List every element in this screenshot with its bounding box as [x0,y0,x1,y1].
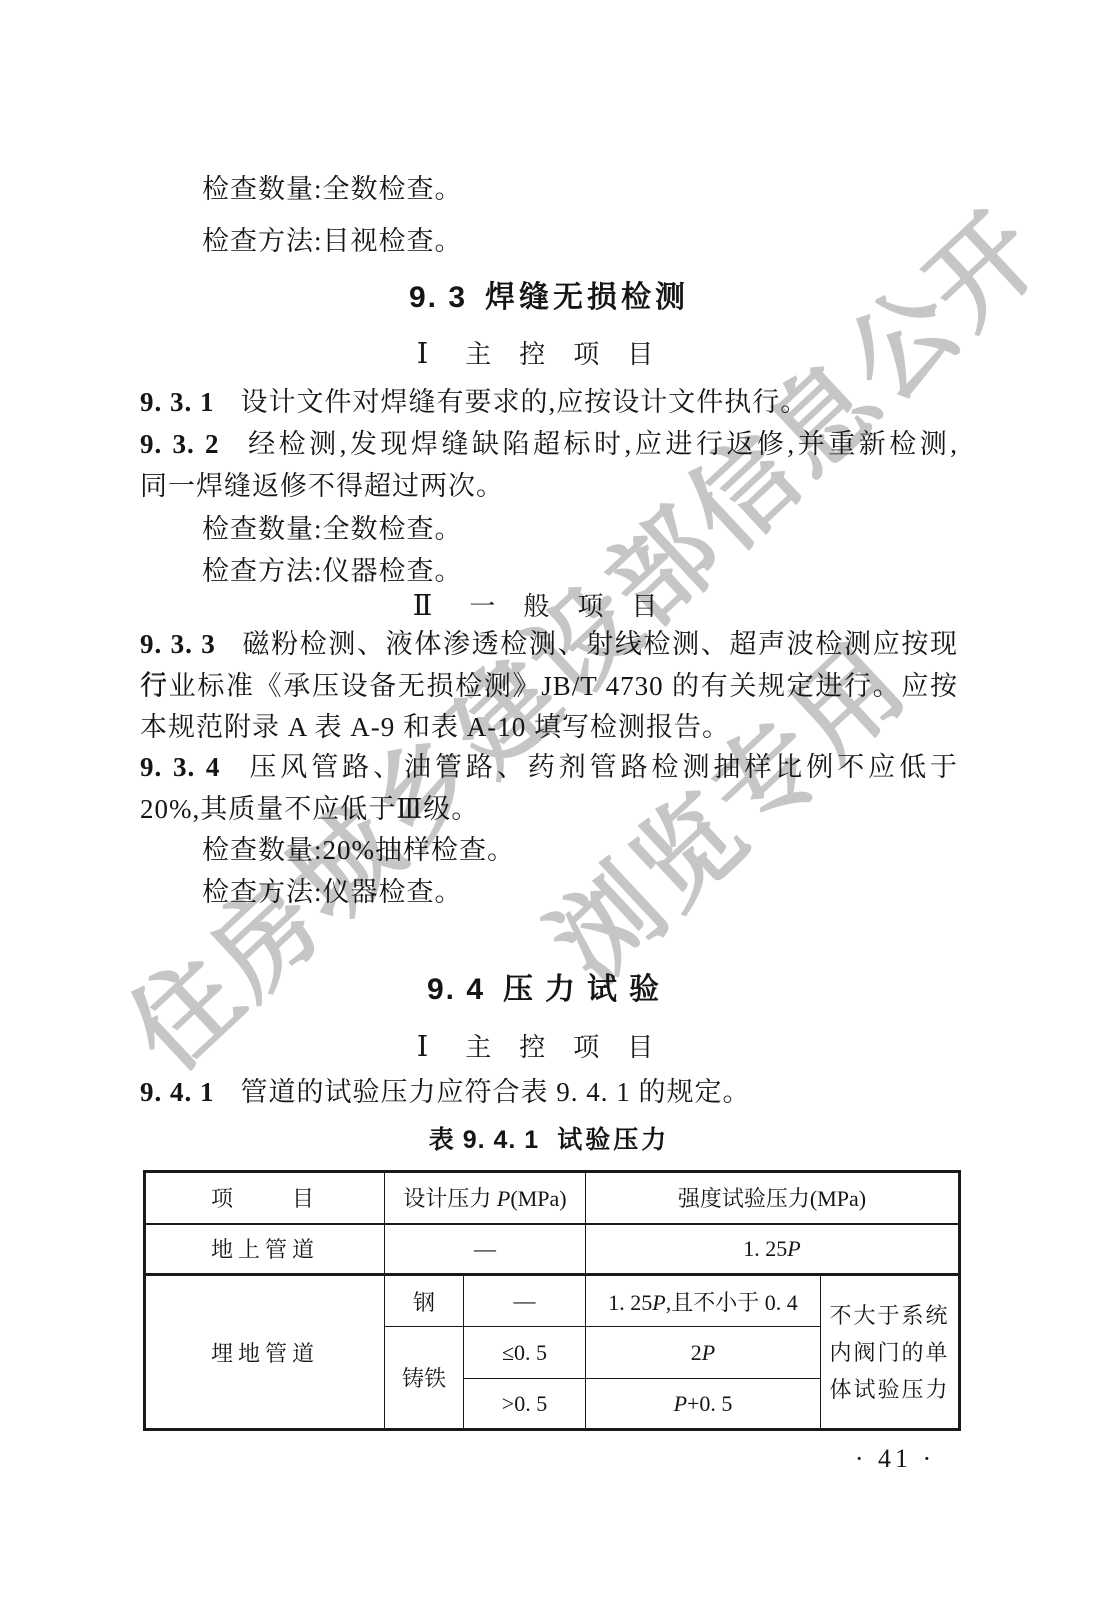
check-quantity-line-2: 检查数量:全数检查。 [202,509,958,550]
table-title-text: 试验压力 [557,1126,669,1154]
master-items-label: 主控项目 [465,340,681,369]
clause-9-3-1: 9. 3. 1设计文件对焊缝有要求的,应按设计文件执行。 [140,382,958,423]
clause-9-3-4: 9. 3. 4压风管路、油管路、药剂管路检测抽样比例不应低于 [140,747,958,788]
value-post: ,且不小于 0. 4 [666,1290,798,1315]
table-header-row: 项 目 设计压力 P(MPa) 强度试验压力(MPa) [145,1172,960,1224]
general-items-label: 一般项目 [469,592,685,621]
buried-pipe-cell: 埋地管道 [145,1275,385,1430]
check-method-line-1: 检查方法:目视检查。 [202,221,958,262]
check-method-line-3: 检查方法:仪器检查。 [202,872,958,913]
clause-text: 管道的试验压力应符合表 9. 4. 1 的规定。 [241,1077,751,1107]
clause-number: 9. 3. 2 [140,429,220,459]
master-items-heading-1: Ⅰ主控项目 [140,334,958,375]
roman-numeral-one: Ⅰ [417,1031,429,1063]
header-strength-cell: 强度试验压力(MPa) [586,1172,960,1224]
table-row-aboveground: 地上管道 — 1. 25P [145,1224,960,1275]
test-pressure-table: 项 目 设计压力 P(MPa) 强度试验压力(MPa) 地上管道 — 1. 25… [143,1170,961,1431]
aboveground-design-cell: — [385,1224,586,1275]
value-italic-p: P [702,1340,715,1365]
clause-number: 9. 4. 1 [140,1077,215,1107]
aboveground-strength-cell: 1. 25P [586,1224,960,1275]
castiron-high-design-cell: >0. 5 [464,1379,586,1430]
master-items-heading-2: Ⅰ主控项目 [140,1027,958,1068]
table-title-number: 表 9. 4. 1 [429,1126,539,1154]
steel-material-cell: 钢 [385,1275,464,1327]
steel-strength-cell: 1. 25P,且不小于 0. 4 [586,1275,821,1327]
steel-design-cell: — [464,1275,586,1327]
header-design-pre: 设计压力 [403,1186,497,1211]
value-post: +0. 5 [687,1391,732,1416]
check-quantity-line-3: 检查数量:20%抽样检查。 [202,830,958,871]
header-design-pressure-cell: 设计压力 P(MPa) [385,1172,586,1224]
clause-number: 9. 3. 3 [140,629,216,659]
section-9-4-number: 9. 4 [427,973,485,1006]
section-9-3-title: 焊缝无损检测 [485,281,689,314]
clause-text: 压风管路、油管路、药剂管路检测抽样比例不应低于 [246,752,958,782]
clause-number: 9. 3. 4 [140,752,220,782]
table-9-4-1-title: 表 9. 4. 1试验压力 [140,1122,958,1158]
master-items-label: 主控项目 [465,1033,681,1062]
roman-numeral-one: Ⅰ [417,338,429,370]
clause-9-3-2-continuation: 同一焊缝返修不得超过两次。 [140,466,958,507]
aboveground-pipe-cell: 地上管道 [145,1224,385,1275]
general-items-heading: Ⅱ一般项目 [140,586,958,627]
check-quantity-line-1: 检查数量:全数检查。 [202,169,958,210]
value-italic-p: P [787,1236,800,1261]
value-italic-p: P [674,1391,687,1416]
table-row-buried-steel: 埋地管道 钢 — 1. 25P,且不小于 0. 4 不大于系统内阀门的单体试验压… [145,1275,960,1327]
valve-limit-note-cell: 不大于系统内阀门的单体试验压力 [821,1275,960,1430]
page-number: · 41 · [810,1444,980,1474]
castiron-low-design-cell: ≤0. 5 [464,1327,586,1379]
clause-9-3-3-continuation-2: 本规范附录 A 表 A-9 和表 A-10 填写检测报告。 [140,707,958,748]
clause-text: 经检测,发现焊缝缺陷超标时,应进行返修,并重新检测, [246,429,958,459]
header-item-cell: 项 目 [145,1172,385,1224]
section-9-3-number: 9. 3 [409,281,467,314]
value-pre: 1. 25 [608,1290,652,1315]
value-italic-p: P [652,1290,665,1315]
cast-iron-material-cell: 铸铁 [385,1327,464,1430]
castiron-high-strength-cell: P+0. 5 [586,1379,821,1430]
value-pre: 1. 25 [743,1236,787,1261]
section-9-4-heading: 9. 4压力试验 [140,968,958,1012]
clause-number: 9. 3. 1 [140,387,215,417]
clause-9-3-4-continuation: 20%,其质量不应低于Ⅲ级。 [140,789,958,830]
castiron-low-strength-cell: 2P [586,1327,821,1379]
clause-9-4-1: 9. 4. 1管道的试验压力应符合表 9. 4. 1 的规定。 [140,1072,958,1113]
section-9-4-title: 压力试验 [503,973,671,1006]
clause-text: 设计文件对焊缝有要求的,应按设计文件执行。 [241,387,809,417]
section-9-3-heading: 9. 3焊缝无损检测 [140,276,958,320]
header-design-post: (MPa) [510,1186,566,1211]
header-design-italic-p: P [497,1186,510,1211]
value-pre: 2 [691,1340,702,1365]
clause-9-3-2: 9. 3. 2经检测,发现焊缝缺陷超标时,应进行返修,并重新检测, [140,424,958,465]
roman-numeral-two: Ⅱ [413,590,434,622]
clause-9-3-3-continuation-1: 行业标准《承压设备无损检测》JB/T 4730 的有关规定进行。应按 [140,666,958,707]
